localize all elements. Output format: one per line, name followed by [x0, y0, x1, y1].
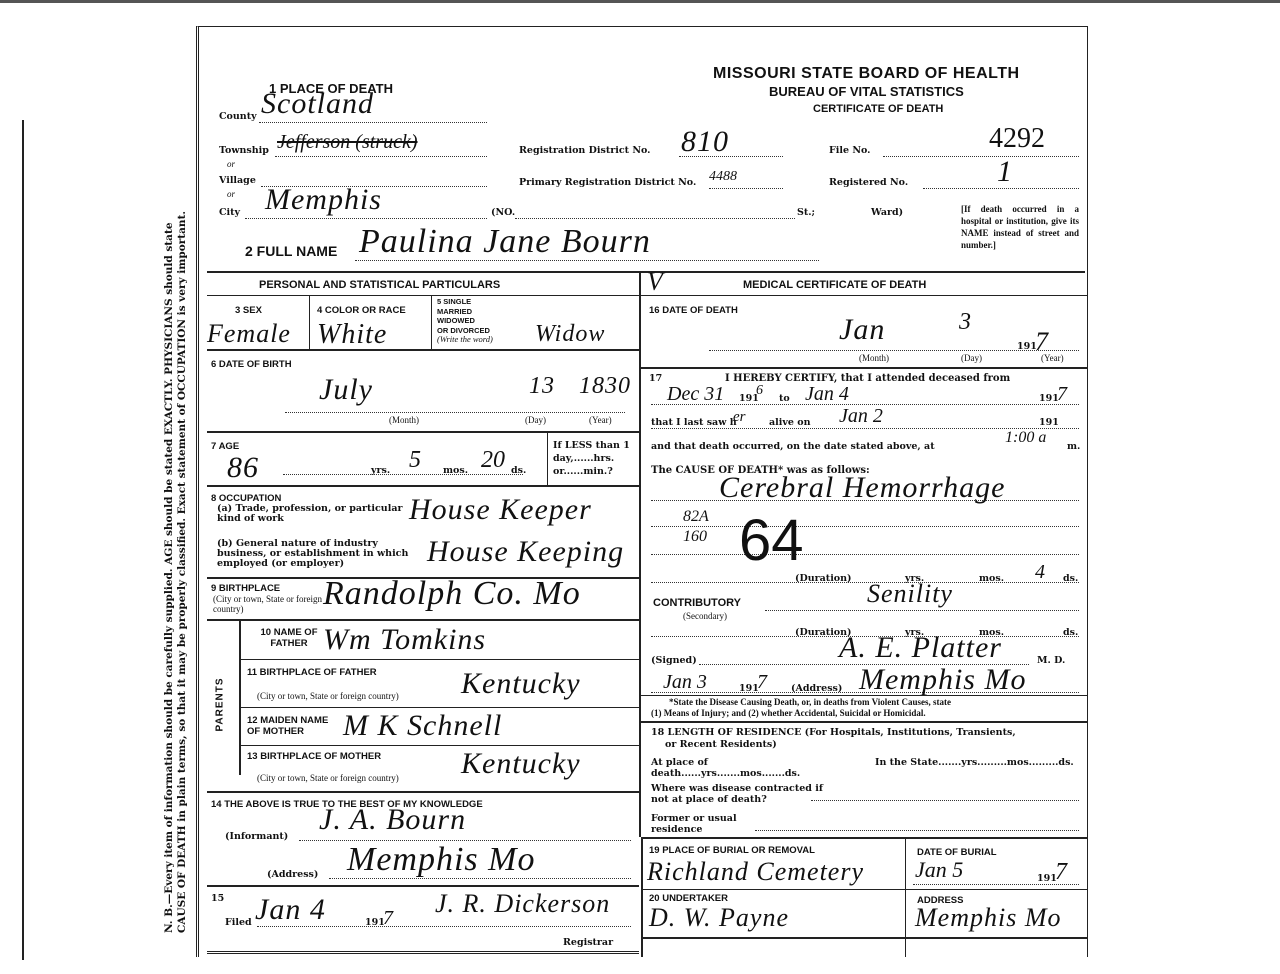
or-label: or: [227, 189, 235, 199]
city-label: City: [219, 207, 240, 218]
mos-label: mos.: [443, 465, 468, 476]
at-place-label: At place of death......yrs.......mos....…: [651, 757, 851, 779]
street-line: [515, 217, 795, 219]
dod-month: Jan: [839, 313, 885, 347]
former-residence-line: [755, 829, 1079, 831]
personal-section-title: PERSONAL AND STATISTICAL PARTICULARS: [259, 279, 500, 291]
scan-top-border: [0, 0, 1280, 3]
occupation-a-label: (a) Trade, profession, or particular kin…: [217, 504, 407, 524]
last-saw-date: Jan 2: [839, 405, 883, 428]
month-caption: (Month): [389, 415, 419, 425]
mother-bp-sublabel: (City or town, State or foreign country): [257, 773, 399, 783]
contributory-line: [765, 609, 1079, 611]
county-line: [259, 121, 487, 123]
certify-num: 17: [649, 373, 662, 384]
county-value: Scotland: [261, 87, 374, 121]
file-no-line: [883, 155, 1079, 157]
street-label: St.;: [797, 207, 815, 218]
filed-year-prefix: 191: [365, 917, 385, 928]
marital-label-line: MARRIED: [437, 307, 493, 317]
registered-no-label: Registered No.: [829, 177, 908, 188]
marital-value: Widow: [535, 321, 605, 348]
undertaker-value: D. W. Payne: [649, 903, 789, 933]
full-name-label: 2 FULL NAME: [245, 243, 337, 259]
margin-note-line2: CAUSE OF DEATH in plain terms, so that i…: [176, 53, 189, 933]
mother-bp-label: 13 BIRTHPLACE OF MOTHER: [247, 751, 381, 762]
divider: [641, 889, 1087, 890]
signed-date: Jan 3: [663, 671, 707, 694]
occupation-b-label: (b) General nature of industry business,…: [217, 539, 417, 569]
birthplace-value: Randolph Co. Mo: [323, 575, 581, 613]
or-label: or: [227, 159, 235, 169]
burial-date: Jan 5: [915, 857, 963, 883]
burial-year-prefix: 191: [1037, 873, 1057, 884]
header-title: MISSOURI STATE BOARD OF HEALTH: [713, 65, 1020, 83]
duration-days: 4: [1035, 561, 1045, 584]
code-marks: 82A 160: [683, 507, 723, 547]
divider: [207, 791, 639, 793]
in-state-label: In the State.......yrs.........mos......…: [875, 757, 1083, 768]
year-caption: (Year): [1041, 353, 1064, 363]
burial-place-value: Richland Cemetery: [647, 857, 864, 887]
street-no-label: (NO.: [491, 207, 515, 218]
year-prefix: 191: [1039, 393, 1059, 404]
mother-value: M K Schnell: [343, 709, 502, 743]
divider: [641, 367, 1087, 369]
certify-text: I HEREBY CERTIFY, that I attended deceas…: [725, 373, 1010, 384]
dob-day: 13: [529, 373, 555, 400]
divider: [207, 349, 639, 351]
informant-label: (Informant): [225, 831, 288, 842]
header-subtitle: BUREAU OF VITAL STATISTICS: [769, 84, 964, 99]
registration-district-value: 810: [681, 125, 729, 159]
registrar-label: Registrar: [563, 937, 613, 948]
month-caption: (Month): [859, 353, 889, 363]
contracted-label: Where was disease contracted if not at p…: [651, 783, 841, 805]
mos-label: mos.: [979, 573, 1004, 584]
death-certificate: MISSOURI STATE BOARD OF HEALTH BUREAU OF…: [196, 26, 1088, 957]
attended-from-year: 6: [756, 383, 763, 399]
day-caption: (Day): [961, 353, 982, 363]
m-label: m.: [1067, 441, 1080, 452]
divider: [207, 885, 639, 887]
residence-label2: or Recent Residents): [665, 739, 777, 750]
former-residence-label: Former or usual residence: [651, 813, 761, 835]
city-value: Memphis: [265, 183, 382, 217]
cause-value: Cerebral Hemorrhage: [719, 471, 1005, 505]
column-divider: [639, 271, 641, 837]
physician-address: Memphis Mo: [859, 663, 1026, 697]
margin-note: N. B.—Every item of information should b…: [136, 60, 186, 940]
divider: [641, 837, 1087, 839]
father-bp-label: 11 BIRTHPLACE OF FATHER: [247, 667, 377, 678]
mother-bp-value: Kentucky: [461, 747, 581, 781]
attended-to-year: 7: [1057, 383, 1067, 406]
marital-label-line: WIDOWED: [437, 316, 493, 326]
last-saw-label: that I last saw h: [651, 417, 737, 428]
signed-year-prefix: 191: [739, 683, 759, 694]
primary-district-value: 4488: [709, 169, 737, 185]
duration-label: (Duration): [795, 573, 852, 584]
marital-label-line: (Write the word): [437, 335, 493, 345]
secondary-label: (Secondary): [683, 611, 727, 621]
filed-year-suffix: 7: [383, 907, 393, 930]
divider: [207, 485, 639, 487]
dob-label: 6 DATE OF BIRTH: [211, 359, 292, 370]
contributory-label: CONTRIBUTORY: [653, 597, 741, 609]
township-value: Jefferson (struck): [277, 131, 418, 154]
primary-district-label: Primary Registration District No.: [519, 177, 696, 188]
signed-year-suffix: 7: [757, 671, 767, 694]
burial-year-suffix: 7: [1055, 859, 1067, 886]
check-mark: V: [647, 267, 664, 297]
death-time-value: 1:00 a: [1005, 429, 1046, 447]
ward-label: Ward): [871, 207, 903, 218]
divider: [207, 295, 639, 296]
dod-day: 3: [959, 309, 972, 336]
primary-district-line: [709, 187, 783, 189]
registered-no-value: 1: [997, 155, 1013, 189]
informant-value: J. A. Bourn: [319, 803, 466, 837]
full-name-value: Paulina Jane Bourn: [359, 223, 651, 261]
footnote-line1: *State the Disease Causing Death, or, in…: [669, 697, 951, 707]
divider: [641, 937, 1087, 939]
father-value: Wm Tomkins: [323, 623, 486, 657]
alive-on-label: alive on: [769, 417, 811, 428]
dob-year: 1830: [579, 373, 631, 400]
filed-date: Jan 4: [255, 893, 326, 927]
cause-line: [651, 553, 1079, 555]
file-no-value: 4292: [989, 123, 1045, 155]
dod-label: 16 DATE OF DEATH: [649, 305, 738, 316]
year-prefix: 191: [1039, 417, 1059, 428]
yrs-label: yrs.: [371, 465, 390, 476]
sex-value: Female: [207, 319, 291, 349]
county-label: County: [219, 111, 257, 122]
informant-address-label: (Address): [267, 869, 318, 880]
dob-line: [285, 411, 625, 413]
age-months: 5: [409, 447, 421, 474]
to-label: to: [779, 393, 790, 404]
father-bp-sublabel: (City or town, State or foreign country): [257, 691, 399, 701]
residence-label: 18 LENGTH OF RESIDENCE (For Hospitals, I…: [651, 727, 1016, 738]
hospital-note: [If death occurred in a hospital or inst…: [961, 203, 1079, 251]
ds-label: ds.: [511, 465, 526, 476]
parents-label: PARENTS: [215, 677, 226, 731]
md-label: M. D.: [1037, 655, 1065, 666]
birthplace-sublabel: (City or town, State or foreign country): [213, 594, 323, 614]
year-caption: (Year): [589, 415, 612, 425]
divider: [905, 837, 906, 957]
divider: [641, 721, 1087, 723]
mother-label: 12 MAIDEN NAME OF MOTHER: [247, 715, 337, 737]
dod-year-prefix: 191: [1017, 341, 1037, 352]
header-form-name: CERTIFICATE OF DEATH: [813, 103, 943, 115]
township-line: [275, 155, 487, 157]
divider: [641, 295, 1087, 296]
footnote-line2: (1) Means of Injury; and (2) whether Acc…: [651, 708, 926, 718]
physician-signature: A. E. Platter: [839, 631, 1002, 665]
occupation-a-value: House Keeper: [409, 493, 592, 527]
filed-num: 15: [211, 893, 224, 904]
divider: [309, 295, 310, 349]
age-days: 20: [481, 447, 505, 474]
medical-section-title: MEDICAL CERTIFICATE OF DEATH: [743, 279, 926, 291]
dob-month: July: [319, 373, 373, 407]
code-big: 64: [739, 511, 804, 571]
margin-note-line1: N. B.—Every item of information should b…: [163, 53, 176, 933]
divider: [239, 659, 639, 660]
race-value: White: [317, 319, 387, 351]
village-label: Village: [219, 175, 256, 186]
divider: [239, 745, 639, 746]
divider: [207, 619, 639, 621]
day-caption: (Day): [525, 415, 546, 425]
duration-line: [651, 581, 1079, 583]
attended-from: Dec 31: [667, 383, 724, 406]
registrar-signature: J. R. Dickerson: [435, 889, 610, 919]
contributory-value: Senility: [867, 579, 953, 609]
divider: [641, 837, 643, 957]
father-bp-value: Kentucky: [461, 667, 581, 701]
scan-left-edge: [22, 120, 24, 960]
informant-address-value: Memphis Mo: [347, 841, 535, 879]
file-no-label: File No.: [829, 145, 870, 156]
marital-label: 5 SINGLE MARRIED WIDOWED OR DIVORCED (Wr…: [437, 297, 493, 345]
divider: [207, 431, 639, 433]
contracted-line: [811, 799, 1079, 801]
divider: [239, 619, 241, 775]
last-saw-pronoun: er: [733, 409, 746, 426]
age-years: 86: [227, 451, 259, 485]
divider: [641, 695, 1087, 696]
occupation-b-value: House Keeping: [427, 535, 624, 569]
ds-label: ds.: [1063, 573, 1078, 584]
divider: [239, 707, 639, 708]
divider: [207, 271, 1085, 273]
township-label: Township: [219, 145, 269, 156]
attended-to: Jan 4: [805, 383, 849, 406]
less-than-label: If LESS than 1 day,......hrs. or......mi…: [553, 439, 637, 478]
divider: [547, 431, 548, 485]
death-time-label: and that death occurred, on the date sta…: [651, 441, 935, 452]
divider: [431, 295, 432, 349]
burial-address-value: Memphis Mo: [915, 903, 1061, 933]
registration-district-label: Registration District No.: [519, 145, 650, 156]
ds-label: ds.: [1063, 627, 1078, 638]
city-line: [245, 217, 487, 219]
filed-label: Filed: [225, 917, 252, 928]
divider: [207, 951, 639, 954]
signed-label: (Signed): [651, 655, 697, 666]
race-label: 4 COLOR OR RACE: [317, 305, 406, 316]
father-label: 10 NAME OF FATHER: [259, 627, 319, 649]
birthplace-label: 9 BIRTHPLACE: [211, 583, 280, 594]
physician-address-label: (Address): [791, 683, 842, 694]
burial-place-label: 19 PLACE OF BURIAL OR REMOVAL: [649, 845, 815, 856]
marital-label-line: 5 SINGLE: [437, 297, 493, 307]
sex-label: 3 SEX: [235, 305, 262, 316]
